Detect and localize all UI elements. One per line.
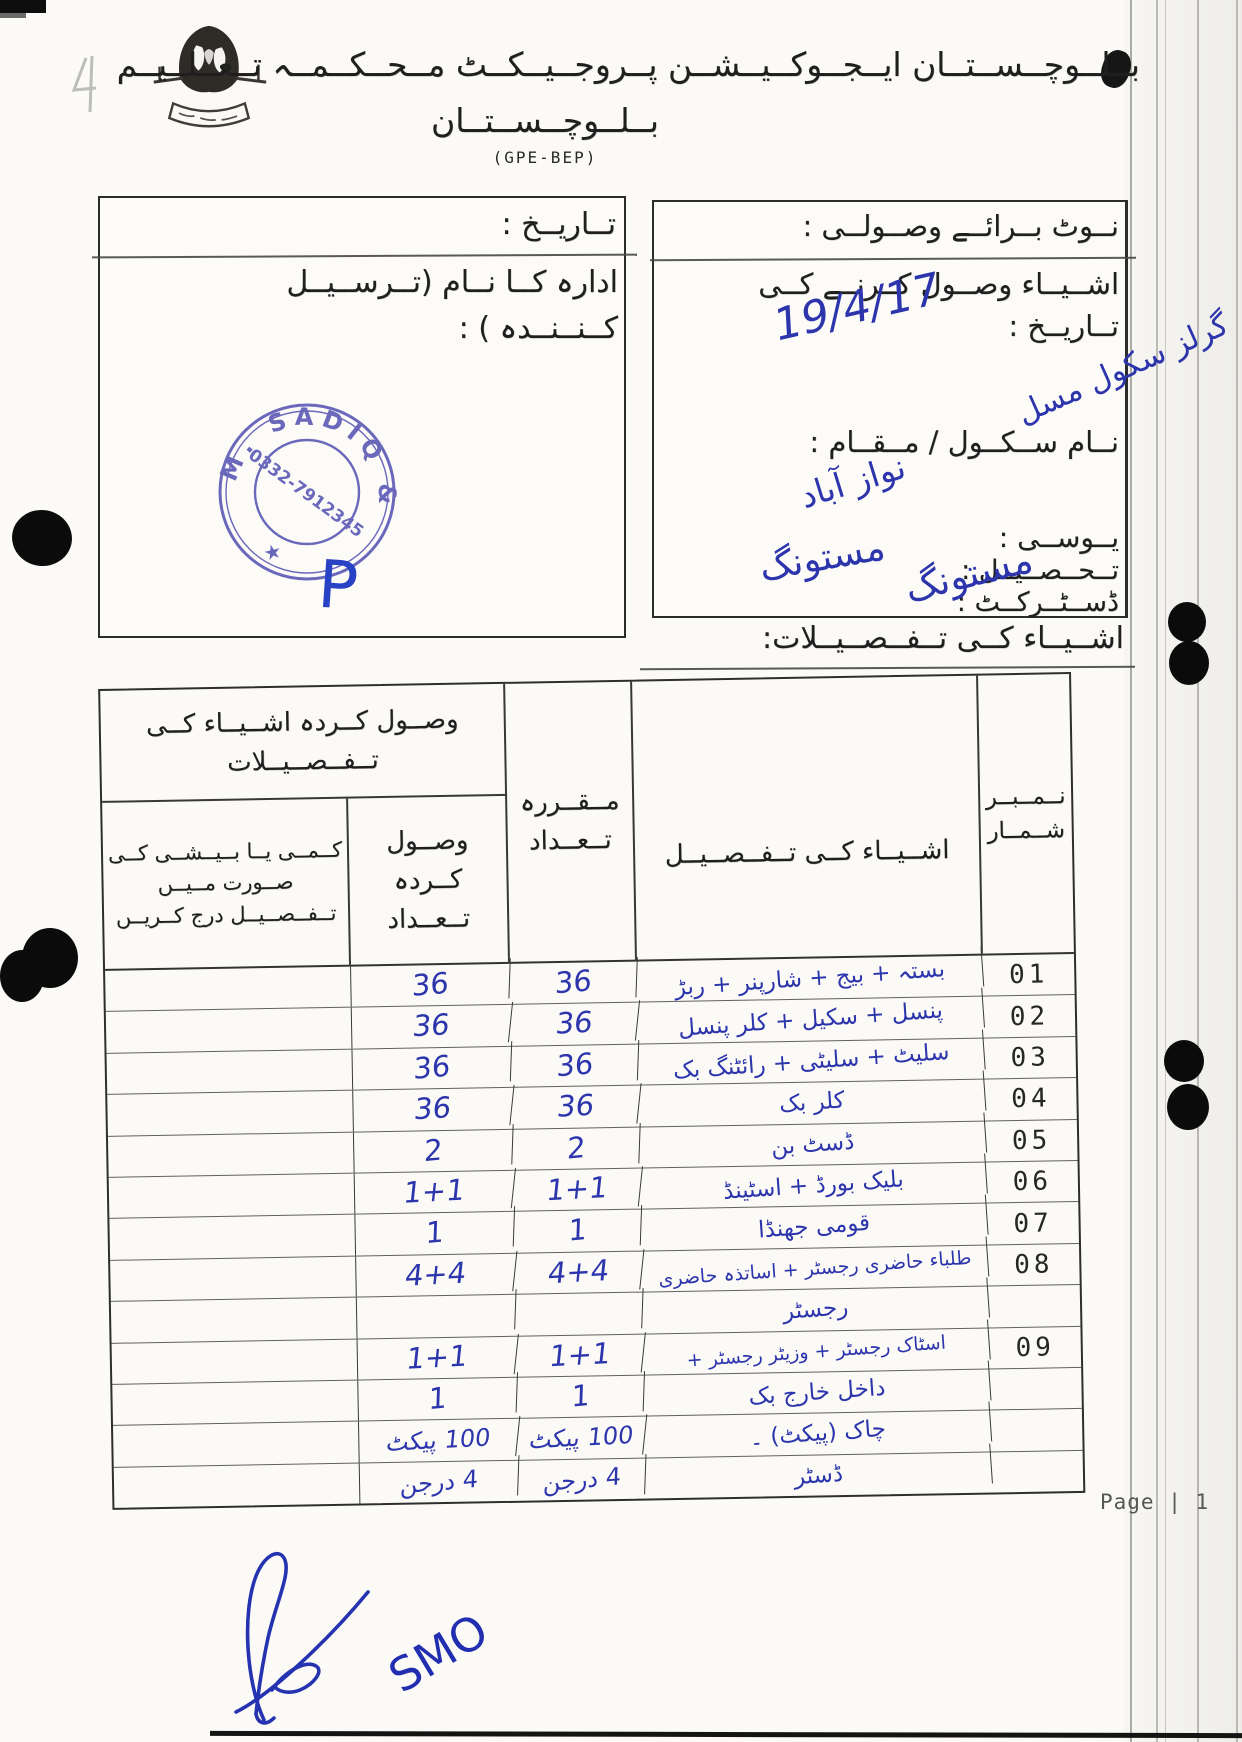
scan-line [1156,0,1158,1742]
remarks-cell [111,1298,358,1343]
remarks-cell [112,1380,359,1425]
handwritten-p: P [316,549,361,624]
vendor-stamp: M. SADIQ & SONS ★ 0332-7912345 [212,394,402,590]
remarks-cell [109,1215,356,1260]
serial-cell: 03 [984,1037,1076,1079]
gpe-bep-label: (GPE-BEP) [80,148,1010,167]
page-title-line2: بــلــوچــســتــان [80,100,1010,141]
sender-box: تــاریــخ : ادارہ کــا نــام (تــرســیــ… [98,196,626,638]
remarks-cell [105,967,352,1012]
serial-cell: 02 [984,995,1076,1037]
col-prescribed-qty-header: مــقــررہ تــعــداد [505,682,637,962]
remarks-cell [108,1132,355,1177]
prescribed-qty-cell: 4 درجن [519,1454,647,1506]
remarks-cell [107,1091,354,1136]
punch-hole [8,506,75,570]
scan-line [1130,0,1132,1742]
remarks-cell [110,1256,357,1301]
scan-line [1197,0,1199,1742]
serial-cell [991,1409,1083,1451]
table-header: وصــول کــردہ اشــیــاء کــی تــفــصــیـ… [100,674,1074,971]
school-label: نــام ســکــول / مــقــام : [809,424,1119,460]
table-body: 36 36 بستہ + بیج + شارپنر + ربڑ 01 36 36… [105,954,1083,1508]
receive-date-label: تــاریــخ : [1008,308,1119,344]
punch-hole [1169,641,1209,685]
serial-cell: 08 [988,1244,1080,1286]
items-heading: اشــیــاء کــی تــفــصــیــلات: [762,620,1124,658]
serial-cell: 04 [985,1078,1077,1120]
col-received-qty-header: وصــول کــردہ تــعــداد [348,796,510,965]
col-received-details-header: وصــول کــردہ اشــیــاء کــی تــفــصــیـ… [100,684,507,803]
serial-cell: 09 [989,1326,1081,1368]
remarks-cell [112,1339,359,1384]
remarks-cell [109,1174,356,1219]
remarks-cell [106,1008,353,1053]
prescribed-qty-cell [516,1288,644,1340]
page-title: بــلــوچــســتــان ایــجــوکــیــشــن پـ… [230,44,1140,85]
note-label: نــوٹ بــرائــے وصــولــی : [802,208,1119,244]
serial-cell: 05 [986,1120,1078,1162]
serial-cell: 01 [983,954,1075,996]
punch-hole [0,950,44,1002]
items-table: وصــول کــردہ اشــیــاء کــی تــفــصــیـ… [98,672,1085,1510]
page-label: Page | 1 [1100,1490,1209,1514]
scan-line [1165,0,1166,1742]
tehsil-value: مستونگ [756,527,888,589]
serial-cell: 07 [987,1202,1079,1244]
serial-cell: 06 [987,1161,1079,1203]
punch-hole [1167,1084,1209,1130]
col-remarks-header: کــمــی یــا بــیــشــی کــی صــورت مــی… [102,799,351,969]
serial-cell [990,1368,1082,1410]
scanned-receipt-page: { "header": { "title_line1": "بــلــوچــ… [0,0,1242,1742]
corner-mark [0,13,26,18]
col-item-detail-header: اشــیــاء کــی تــفــصــیــل [632,676,983,960]
serial-cell [992,1451,1084,1493]
punch-hole [1164,1040,1204,1082]
remarks-cell [114,1463,361,1508]
remarks-cell [113,1422,360,1467]
col-serial-header: نــمــبــر شــمــار [978,674,1074,954]
date-label: تــاریــخ : [502,206,617,244]
scan-line [1236,0,1238,1742]
divider [92,254,637,259]
punch-hole [1168,602,1206,642]
org-name-label: کــنــنــدہ ) : [459,310,618,348]
divider [640,666,1135,671]
divider [650,257,1136,262]
scan-edge-band [1124,0,1242,1742]
remarks-cell [107,1049,354,1094]
org-name-label: ادارہ کــا نــام (تــرســیــل [286,264,618,302]
corner-mark [0,0,46,13]
receiver-box: نــوٹ بــرائــے وصــولــی : اشــیــاء وص… [652,200,1128,618]
serial-cell [989,1285,1081,1327]
